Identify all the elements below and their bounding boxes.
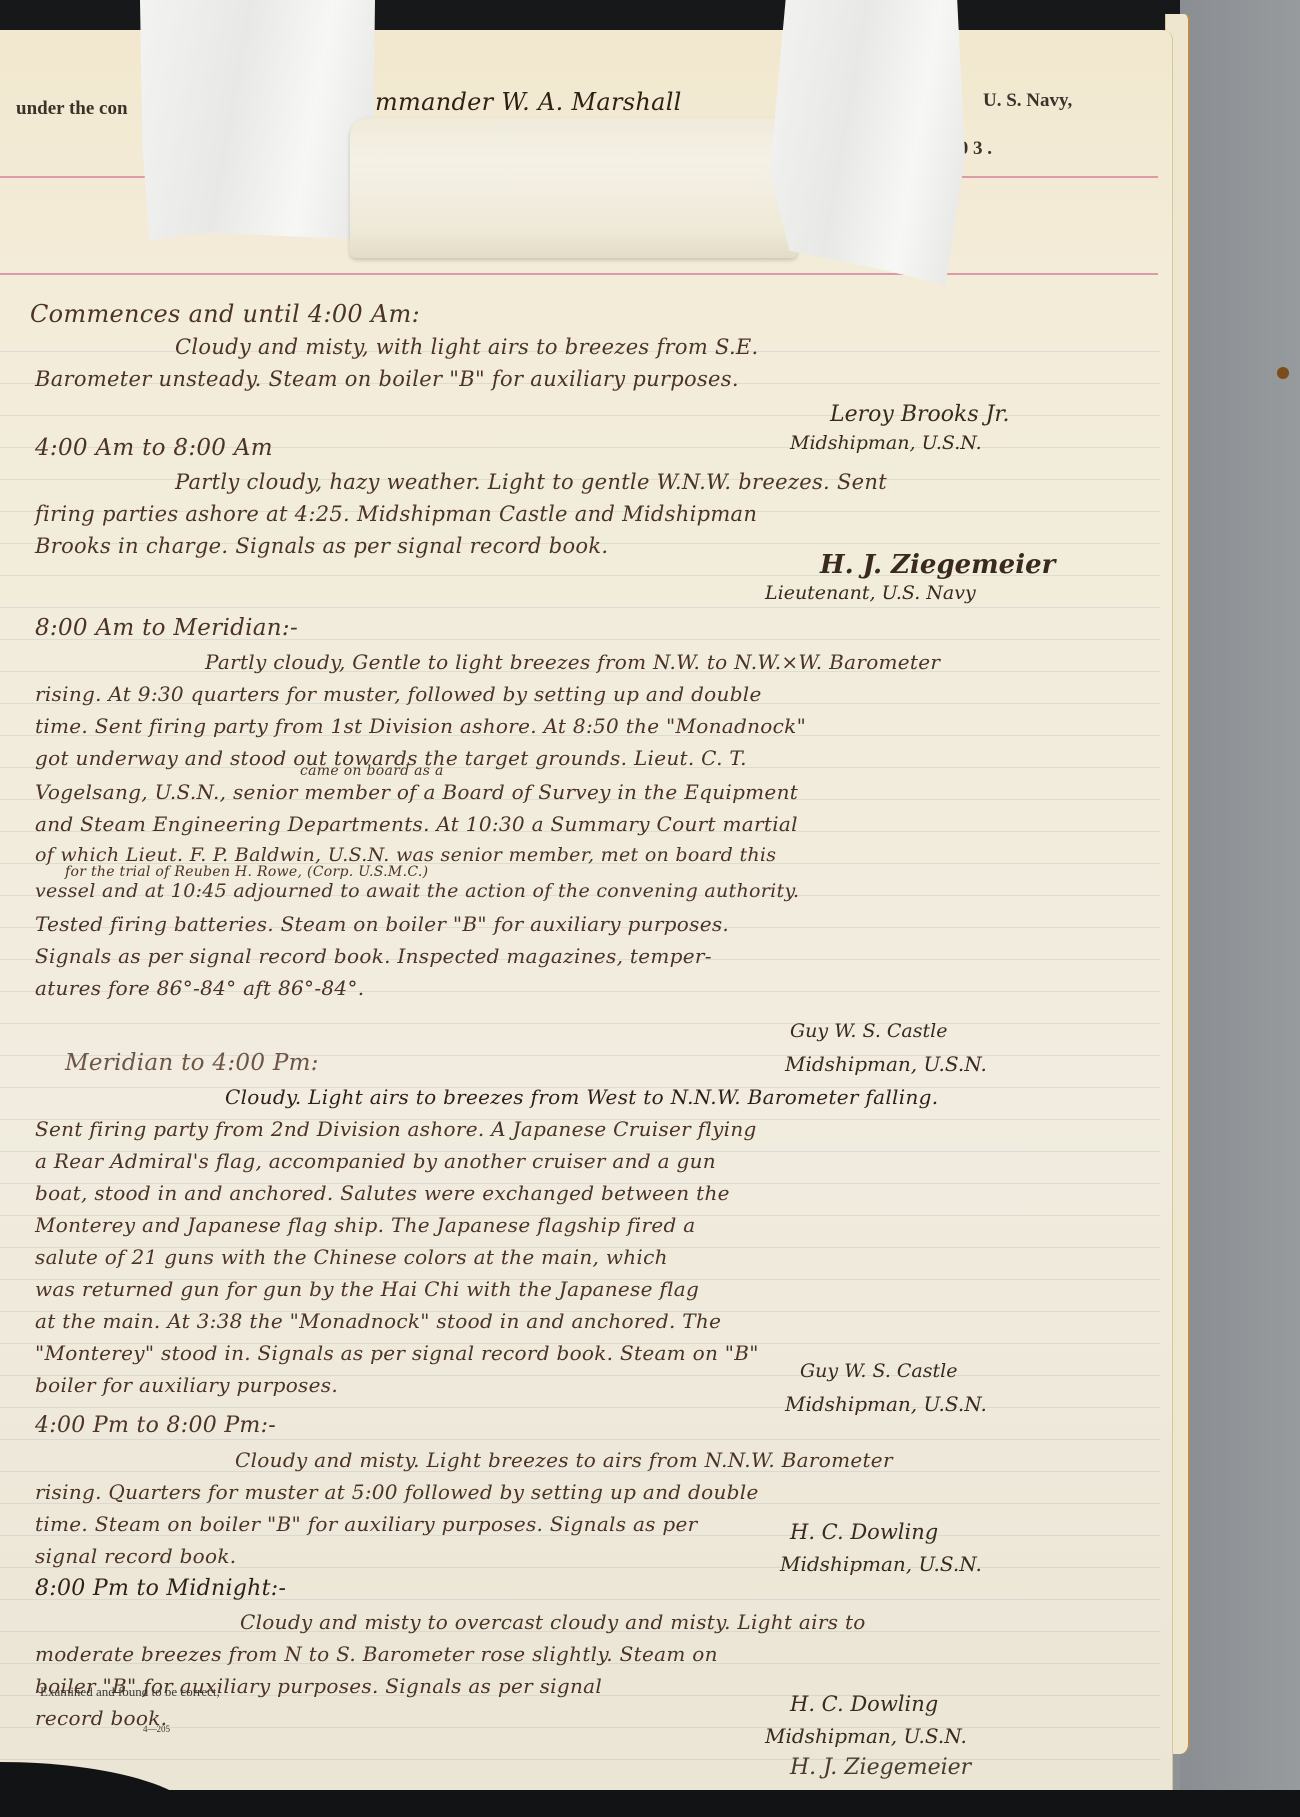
log-page: under the con mmander W. A. Marshall U. …: [0, 30, 1173, 1792]
entry-6-line-1: Cloudy and misty to overcast cloudy and …: [240, 1610, 866, 1634]
entry-3-line-9: Tested firing batteries. Steam on boiler…: [35, 912, 729, 936]
entry-6-line-2: moderate breezes from N to S. Barometer …: [35, 1642, 718, 1666]
entry-4-line-9: "Monterey" stood in. Signals as per sign…: [35, 1341, 759, 1365]
entry-3-line-1: Partly cloudy, Gentle to light breezes f…: [205, 650, 940, 674]
entry-4-line-10: boiler for auxiliary purposes.: [35, 1373, 338, 1397]
entry-3-signature: Guy W. S. Castle: [790, 1020, 947, 1042]
entry-4-line-3: a Rear Admiral's flag, accompanied by an…: [35, 1149, 716, 1173]
entry-2-line-2: firing parties ashore at 4:25. Midshipma…: [35, 502, 757, 526]
entry-1-rank: Midshipman, U.S.N.: [790, 432, 982, 454]
header-printed-left: under the con: [16, 98, 128, 120]
entry-3-line-11: atures fore 86°-84° aft 86°-84°.: [35, 976, 364, 1000]
entry-5-rank: Midshipman, U.S.N.: [780, 1552, 982, 1576]
stain-mark: [1277, 367, 1289, 379]
entry-1-signature: Leroy Brooks Jr.: [830, 402, 1010, 427]
entry-3-rank: Midshipman, U.S.N.: [785, 1052, 987, 1076]
header-rule-bottom: [0, 273, 1158, 275]
entry-4-signature: Guy W. S. Castle: [800, 1360, 957, 1382]
entry-3-line-5: Vogelsang, U.S.N., senior member of a Bo…: [35, 780, 798, 804]
tissue-paper-left: [140, 0, 375, 240]
entry-2-line-3: Brooks in charge. Signals as per signal …: [35, 534, 608, 558]
bottom-background: [0, 1790, 1300, 1817]
entry-1-line-2: Barometer unsteady. Steam on boiler "B" …: [35, 367, 739, 391]
watch-heading-6: 8:00 Pm to Midnight:-: [35, 1576, 286, 1601]
entry-5-line-2: rising. Quarters for muster at 5:00 foll…: [35, 1480, 759, 1504]
entry-4-line-2: Sent firing party from 2nd Division asho…: [35, 1117, 757, 1141]
entry-3-line-7: of which Lieut. F. P. Baldwin, U.S.N. wa…: [35, 844, 776, 866]
entry-2-line-1: Partly cloudy, hazy weather. Light to ge…: [175, 470, 887, 494]
entry-3-interlinear-1: came on board as a: [300, 763, 444, 779]
entry-3-line-6: and Steam Engineering Departments. At 10…: [35, 812, 798, 836]
entry-4-line-7: was returned gun for gun by the Hai Chi …: [35, 1277, 699, 1301]
form-number: 4—205: [143, 1724, 170, 1734]
entry-4-rank: Midshipman, U.S.N.: [785, 1392, 987, 1416]
entry-2-signature: H. J. Ziegemeier: [820, 550, 1055, 580]
entry-3-interlinear-2: for the trial of Reuben H. Rowe, (Corp. …: [65, 864, 428, 880]
examined-statement: Examined and found to be correct,: [40, 1684, 220, 1700]
entry-5-line-3: time. Steam on boiler "B" for auxiliary …: [35, 1512, 698, 1536]
entry-4-line-5: Monterey and Japanese flag ship. The Jap…: [35, 1213, 695, 1237]
entry-3-line-3: time. Sent firing party from 1st Divisio…: [35, 714, 806, 738]
entry-3-line-8: vessel and at 10:45 adjourned to await t…: [35, 880, 799, 902]
rolled-paper-strip: [350, 118, 797, 258]
entry-4-line-4: boat, stood in and anchored. Salutes wer…: [35, 1181, 730, 1205]
entry-4-line-8: at the main. At 3:38 the "Monadnock" sto…: [35, 1309, 721, 1333]
navigator-signature: H. J. Ziegemeier: [790, 1755, 971, 1780]
watch-heading-3: 8:00 Am to Meridian:-: [35, 615, 298, 641]
header-commander-name: mmander W. A. Marshall: [375, 88, 682, 116]
entry-5-line-1: Cloudy and misty. Light breezes to airs …: [235, 1448, 893, 1472]
entry-4-line-6: salute of 21 guns with the Chinese color…: [35, 1245, 668, 1269]
watch-heading-1: Commences and until 4:00 Am:: [30, 300, 420, 328]
header-printed-right: U. S. Navy,: [983, 90, 1072, 112]
watch-heading-2: 4:00 Am to 8:00 Am: [35, 435, 273, 461]
tissue-paper-right: [770, 0, 965, 285]
entry-1-line-1: Cloudy and misty, with light airs to bre…: [175, 335, 759, 359]
entry-3-line-10: Signals as per signal record book. Inspe…: [35, 944, 712, 968]
entry-3-line-2: rising. At 9:30 quarters for muster, fol…: [35, 682, 762, 706]
table-background: [1180, 0, 1300, 1817]
entry-6-rank: Midshipman, U.S.N.: [765, 1724, 967, 1748]
watch-heading-4: Meridian to 4:00 Pm:: [65, 1050, 319, 1076]
entry-5-line-4: signal record book.: [35, 1544, 236, 1568]
entry-6-signature: H. C. Dowling: [790, 1692, 938, 1716]
entry-2-rank: Lieutenant, U.S. Navy: [765, 582, 976, 604]
entry-5-signature: H. C. Dowling: [790, 1520, 938, 1544]
entry-4-line-1: Cloudy. Light airs to breezes from West …: [225, 1085, 938, 1109]
watch-heading-5: 4:00 Pm to 8:00 Pm:-: [35, 1413, 276, 1438]
